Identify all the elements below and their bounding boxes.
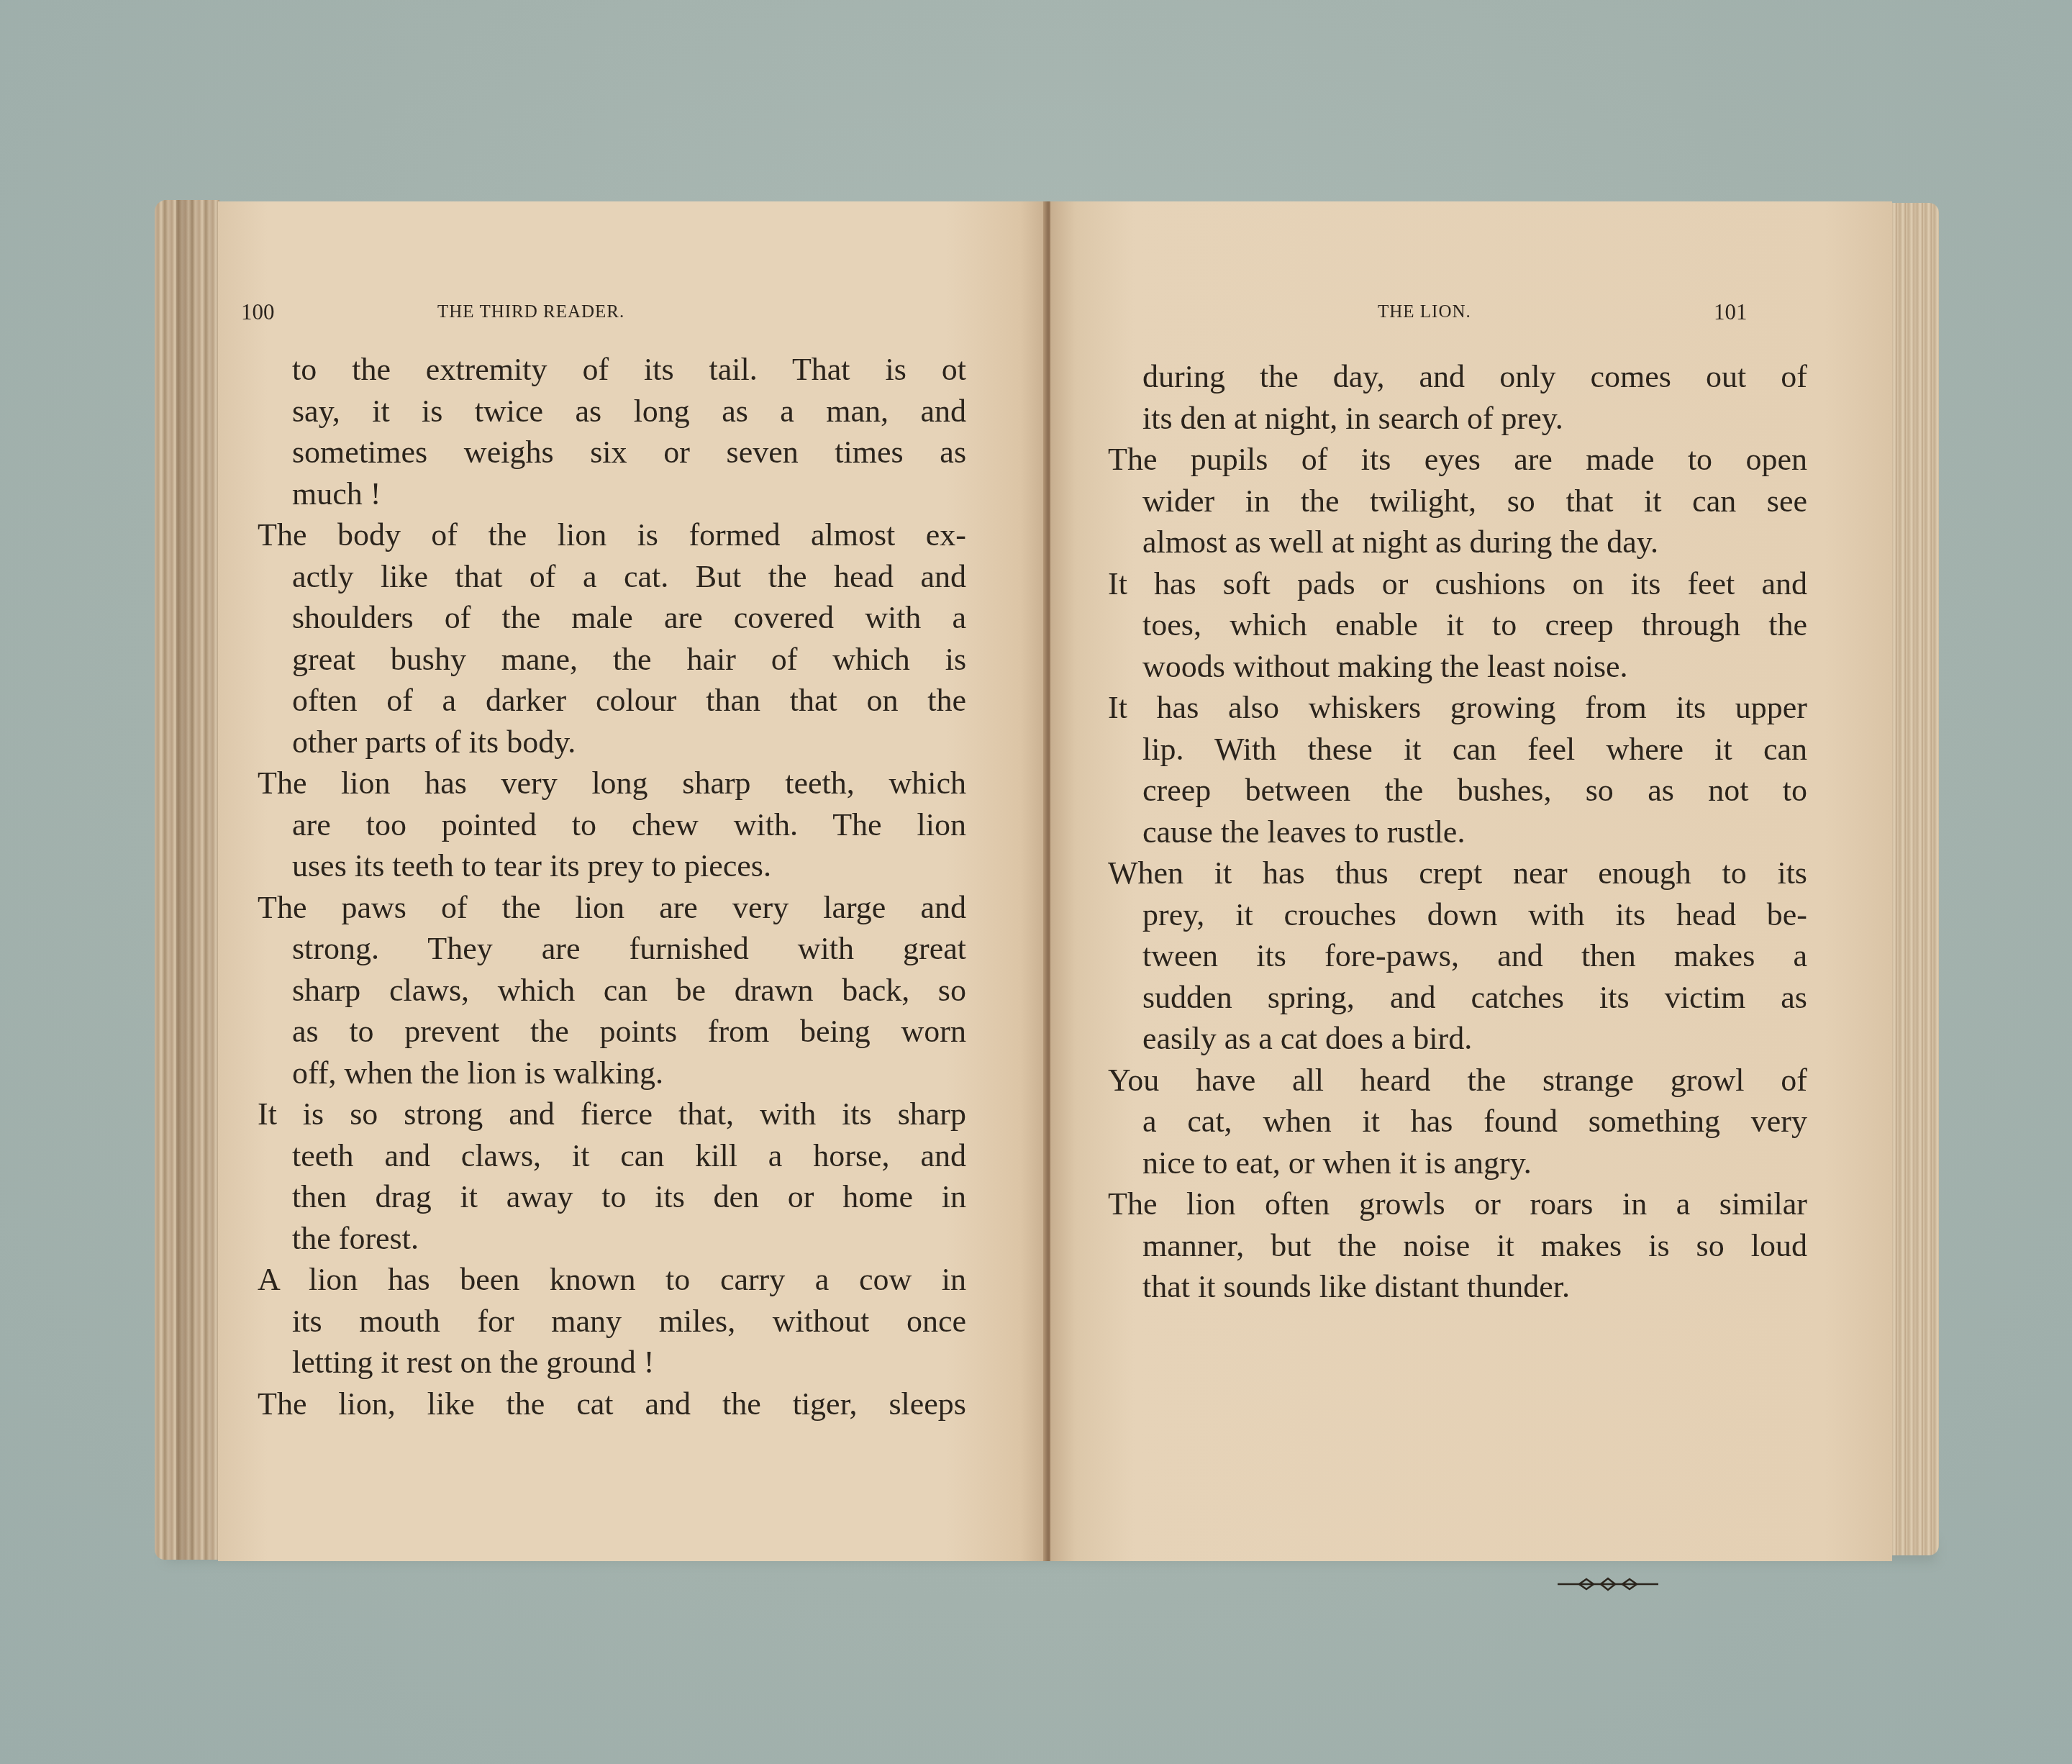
left-page: 100 THE THIRD READER. to the extremity o…	[218, 201, 1045, 1561]
text-line: sudden spring, and catches its victim as	[1142, 977, 1807, 1019]
text-line: other parts of its body.	[292, 722, 966, 763]
page-edges-right	[1889, 203, 1939, 1555]
text-line: The paws of the lion are very large and	[258, 887, 966, 929]
text-line: tween its fore-paws, and then makes a	[1142, 935, 1807, 977]
text-line: The pupils of its eyes are made to open	[1108, 439, 1807, 481]
text-line: are too pointed to chew with. The lion	[292, 804, 966, 846]
text-line: often of a darker colour than that on th…	[292, 680, 966, 722]
text-line: The body of the lion is formed almost ex…	[258, 514, 966, 556]
text-line: lip. With these it can feel where it can	[1142, 729, 1807, 770]
text-line: You have all heard the strange growl of	[1108, 1060, 1807, 1101]
text-line: A lion has been known to carry a cow in	[258, 1259, 966, 1301]
text-line: teeth and claws, it can kill a horse, an…	[292, 1135, 966, 1177]
text-line: during the day, and only comes out of	[1142, 356, 1807, 398]
text-line: It has soft pads or cushions on its feet…	[1108, 563, 1807, 605]
open-book: 100 THE THIRD READER. to the extremity o…	[155, 196, 1939, 1566]
text-line: It has also whiskers growing from its up…	[1108, 687, 1807, 729]
text-line: toes, which enable it to creep through t…	[1142, 604, 1807, 646]
running-head-right: THE LION.	[1378, 302, 1471, 322]
text-line: the forest.	[292, 1218, 966, 1260]
text-line: easily as a cat does a bird.	[1142, 1018, 1807, 1060]
text-line: woods without making the least noise.	[1142, 646, 1807, 688]
text-line: almost as well at night as during the da…	[1142, 522, 1807, 563]
text-line: a cat, when it has found something very	[1142, 1101, 1807, 1142]
right-page: THE LION. 101 during the day, and only c…	[1050, 201, 1892, 1561]
text-line: actly like that of a cat. But the head a…	[292, 556, 966, 598]
text-line: wider in the twilight, so that it can se…	[1142, 481, 1807, 522]
text-line: It is so strong and fierce that, with it…	[258, 1094, 966, 1135]
text-line: creep between the bushes, so as not to	[1142, 770, 1807, 811]
text-line: nice to eat, or when it is angry.	[1142, 1142, 1807, 1184]
text-line: sometimes weighs six or seven times as	[292, 432, 966, 473]
text-line: to the extremity of its tail. That is ot	[292, 349, 966, 391]
text-line: prey, it crouches down with its head be-	[1142, 894, 1807, 936]
text-line: that it sounds like distant thunder.	[1142, 1266, 1807, 1308]
text-line: The lion has very long sharp teeth, whic…	[258, 763, 966, 804]
text-line: say, it is twice as long as a man, and	[292, 391, 966, 432]
page-edges-left	[155, 200, 219, 1560]
running-head-left: THE THIRD READER.	[437, 302, 624, 322]
page-number-right: 101	[1714, 299, 1748, 325]
right-page-body: during the day, and only comes out ofits…	[1108, 356, 1807, 1308]
text-line: letting it rest on the ground !	[292, 1342, 966, 1383]
text-line: uses its teeth to tear its prey to piece…	[292, 845, 966, 887]
text-line: The lion often growls or roars in a simi…	[1108, 1183, 1807, 1225]
text-line: great bushy mane, the hair of which is	[292, 639, 966, 681]
text-line: sharp claws, which can be drawn back, so	[292, 970, 966, 1011]
page-number-left: 100	[241, 299, 275, 325]
section-end-ornament-icon	[1558, 1576, 1658, 1593]
text-line: strong. They are furnished with great	[292, 928, 966, 970]
text-line: its mouth for many miles, without once	[292, 1301, 966, 1342]
text-line: shoulders of the male are covered with a	[292, 597, 966, 639]
text-line: as to prevent the points from being worn	[292, 1011, 966, 1053]
text-line: much !	[292, 473, 966, 515]
text-line: then drag it away to its den or home in	[292, 1176, 966, 1218]
text-line: manner, but the noise it makes is so lou…	[1142, 1225, 1807, 1267]
left-page-body: to the extremity of its tail. That is ot…	[258, 349, 966, 1424]
text-line: The lion, like the cat and the tiger, sl…	[258, 1383, 966, 1425]
text-line: its den at night, in search of prey.	[1142, 398, 1807, 440]
text-line: off, when the lion is walking.	[292, 1053, 966, 1094]
text-line: When it has thus crept near enough to it…	[1108, 853, 1807, 894]
text-line: cause the leaves to rustle.	[1142, 811, 1807, 853]
